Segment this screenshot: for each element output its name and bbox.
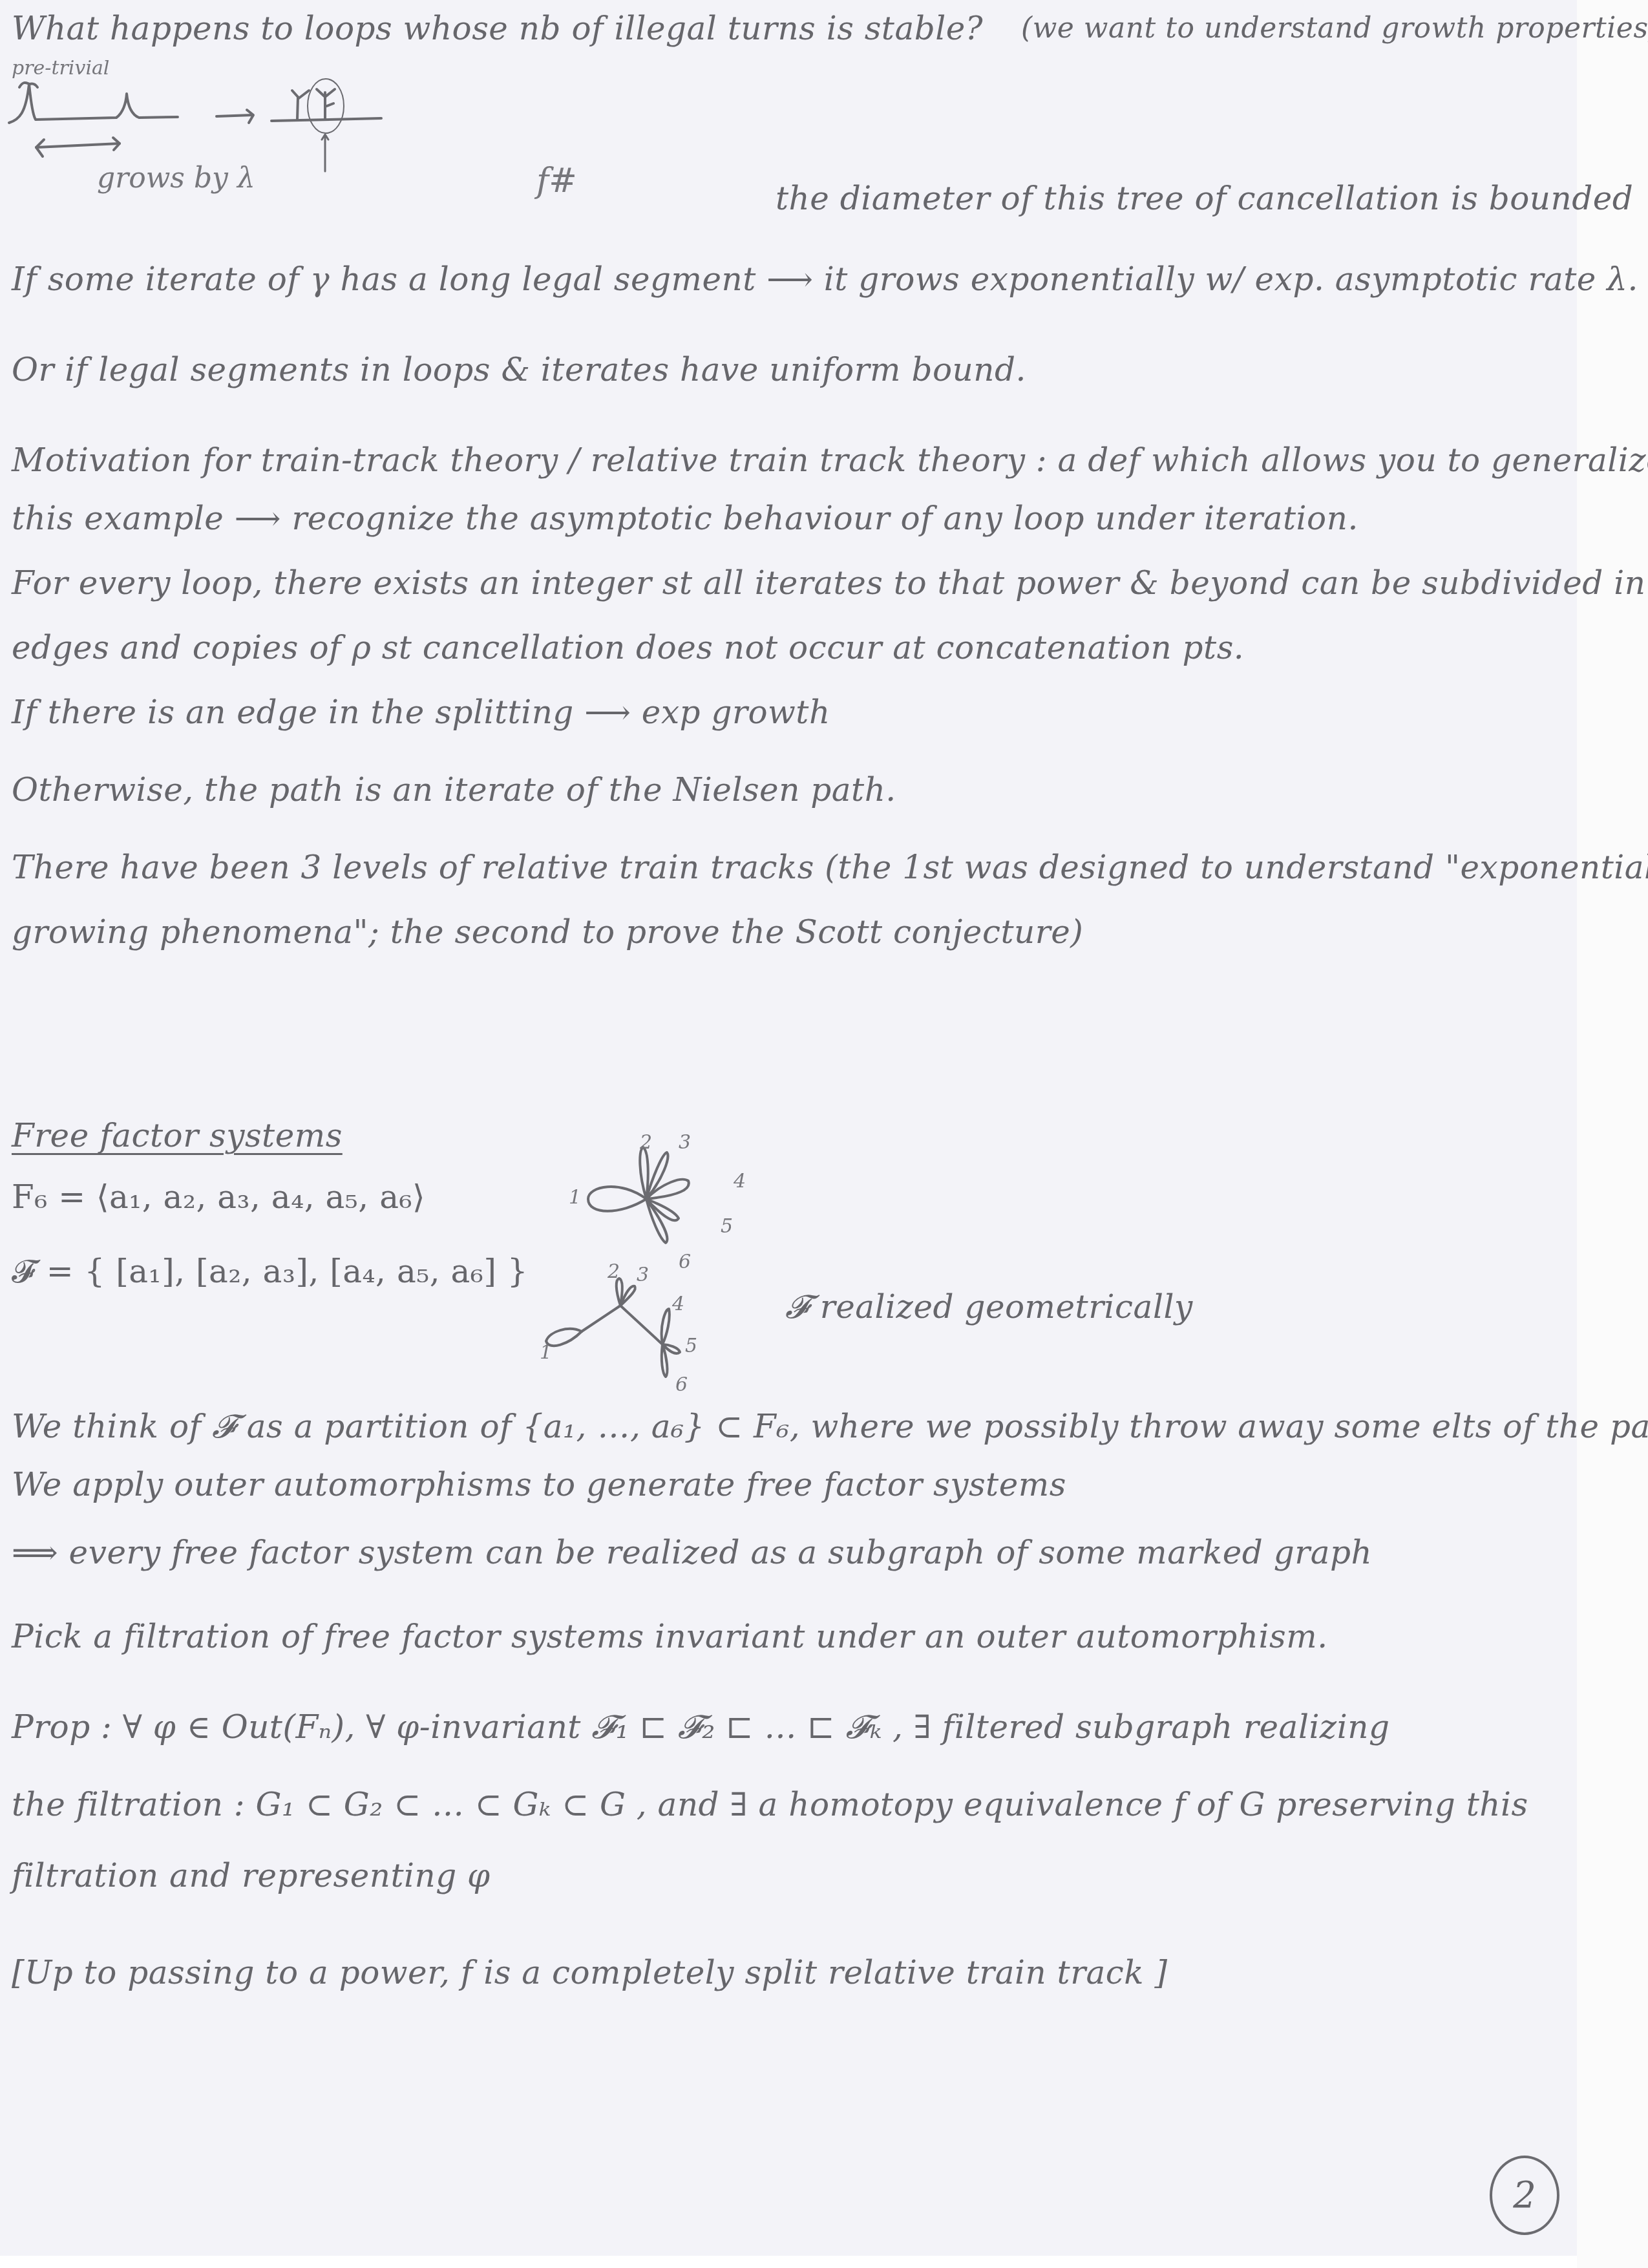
note-line: We apply outer automorphisms to generate… — [12, 1464, 1066, 1505]
graph-label-4: 4 — [672, 1293, 684, 1315]
graph-label-2: 2 — [607, 1260, 620, 1283]
rose-label-4: 4 — [734, 1170, 746, 1192]
scan-edge — [1577, 0, 1648, 2268]
realized-caption: 𝓕 realized geometrically — [785, 1286, 1193, 1328]
proposition-line: filtration and representing φ — [12, 1855, 491, 1896]
graph-label-3: 3 — [637, 1264, 649, 1286]
rose-graph-diagram — [0, 0, 1577, 2268]
rose-label-1: 1 — [569, 1186, 581, 1209]
rose-label-5: 5 — [721, 1215, 733, 1238]
rose-label-2: 2 — [640, 1131, 652, 1154]
proposition-line: Prop : ∀ φ ∈ Out(Fₙ), ∀ φ-invariant 𝓕₁ ⊏… — [12, 1706, 1389, 1748]
proposition-line: the filtration : G₁ ⊂ G₂ ⊂ … ⊂ Gₖ ⊂ G , … — [12, 1784, 1528, 1825]
graph-label-6: 6 — [675, 1373, 688, 1396]
note-line: Pick a filtration of free factor systems… — [12, 1616, 1328, 1657]
graph-label-1: 1 — [540, 1341, 552, 1364]
rose-label-3: 3 — [679, 1131, 691, 1154]
rose-label-6: 6 — [679, 1251, 691, 1273]
page-number: 2 — [1490, 2156, 1559, 2235]
note-line: ⟹ every free factor system can be realiz… — [12, 1532, 1372, 1573]
graph-label-5: 5 — [685, 1335, 697, 1357]
note-line: We think of 𝓕 as a partition of {a₁, …, … — [12, 1406, 1648, 1447]
remark-line: [Up to passing to a power, f is a comple… — [12, 1952, 1168, 1993]
